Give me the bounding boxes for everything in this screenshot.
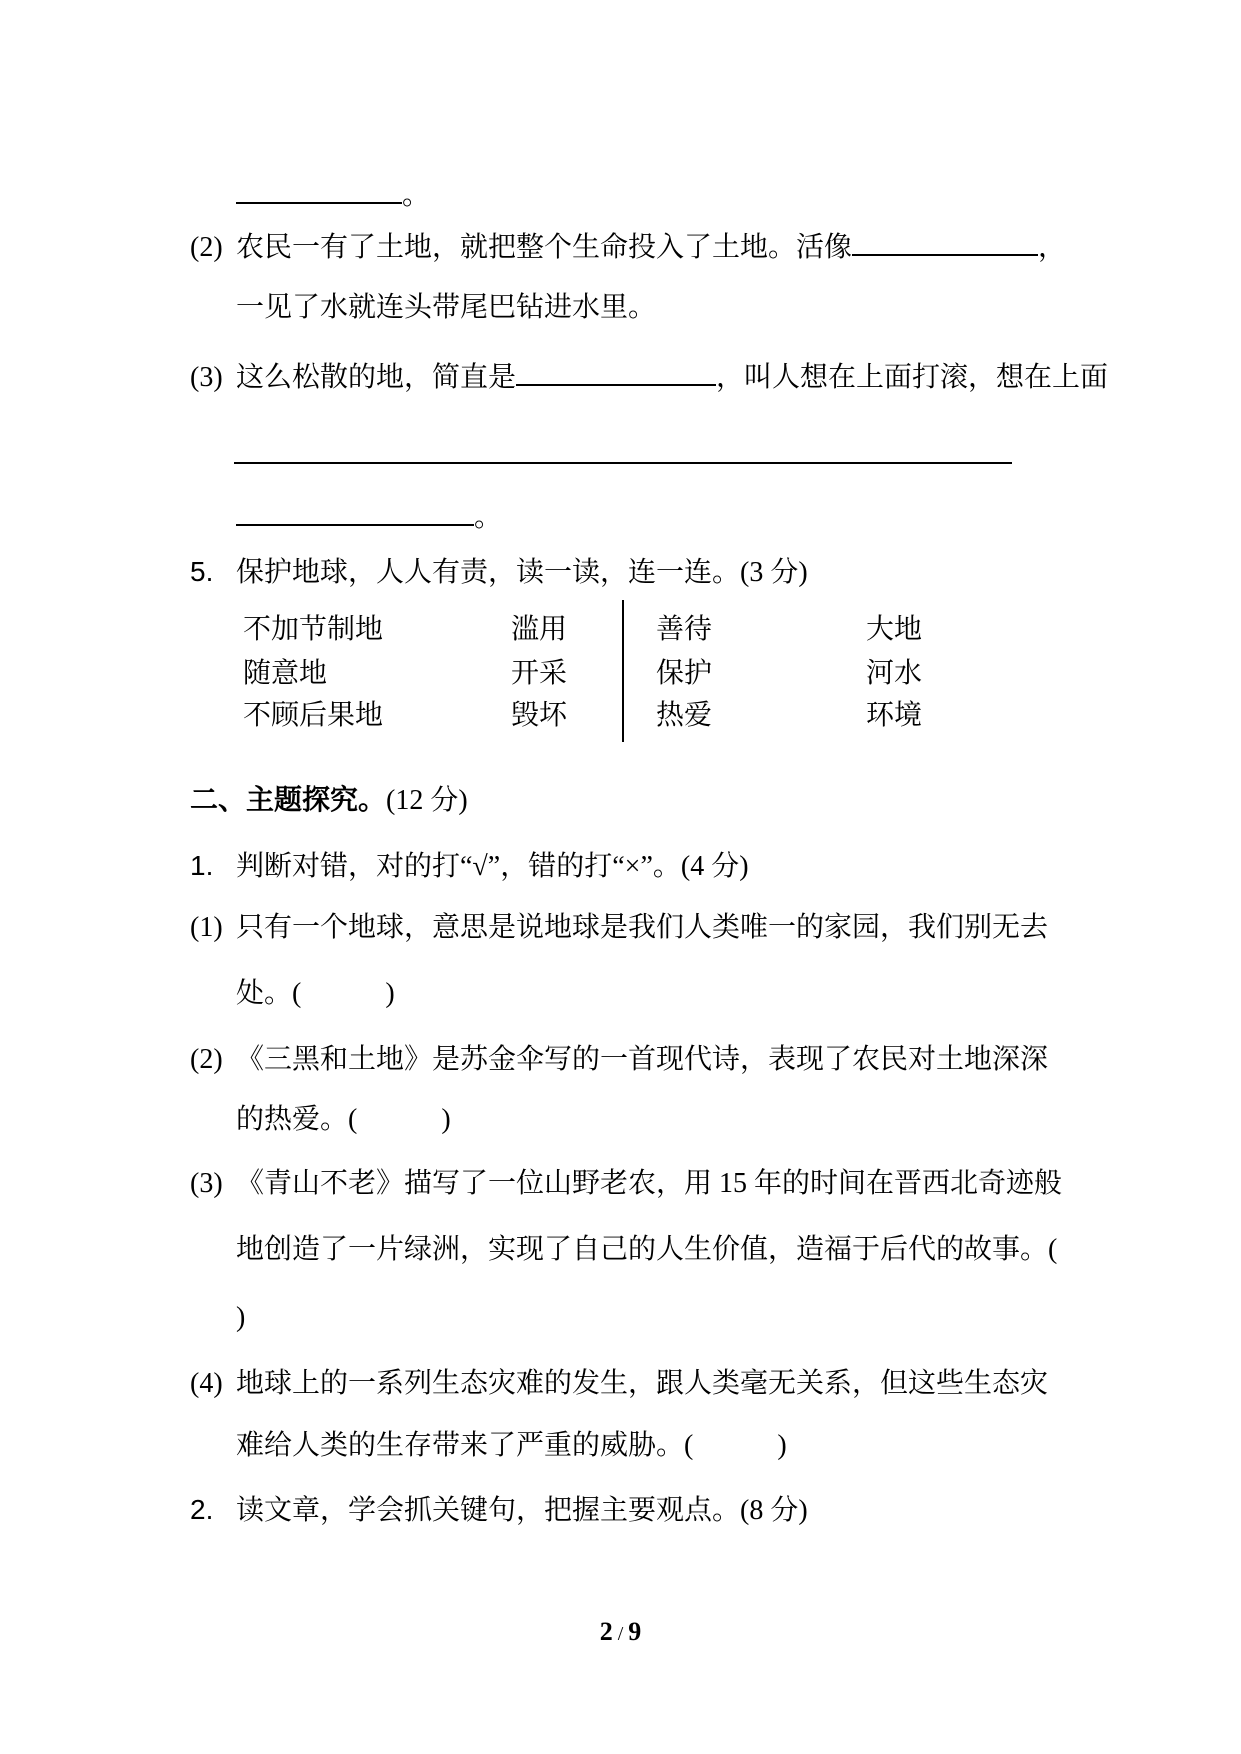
answer-blank (516, 352, 716, 386)
section-2-heading: 二、主题探究。(12 分) (190, 778, 468, 822)
match-adverb: 不加节制地 (243, 608, 383, 652)
match-verb: 保护 (656, 652, 712, 696)
current-page: 2 (600, 1617, 613, 1646)
judge-item-4-line-1: (4)地球上的一系列生态灾难的发生，跟人类毫无关系，但这些生态灾 (190, 1362, 1048, 1406)
footer-page-number: 2 / 9 (0, 1612, 1241, 1654)
question-5-score: (3 分) (740, 557, 808, 588)
fill-item-3-text: 这么松散的地，简直是 (236, 362, 516, 393)
question-1-text: 判断对错，对的打“√”，错的打“×”。 (236, 851, 681, 882)
judge-item-4-text: 地球上的一系列生态灾难的发生，跟人类毫无关系，但这些生态灾 (236, 1368, 1048, 1399)
match-verb: 毁坏 (511, 694, 567, 738)
item-marker: (2) (190, 1038, 236, 1082)
judge-item-3-line-1: (3)《青山不老》描写了一位山野老农，用 15 年的时间在晋西北奇迹般 (190, 1162, 1062, 1206)
judge-item-4-line-2: 难给人类的生存带来了严重的威胁。( ) (236, 1424, 787, 1468)
match-adverb: 不顾后果地 (243, 694, 383, 738)
answer-blank-line-lead: 。 (236, 170, 430, 214)
match-divider-line (622, 600, 624, 742)
item-marker: (3) (190, 356, 236, 400)
fill-item-3-line-1: (3)这么松散的地，简直是，叫人想在上面打滚，想在上面 (190, 352, 1108, 396)
question-2-score: (8 分) (740, 1495, 808, 1526)
judge-item-2-text: 《三黑和土地》是苏金伞写的一首现代诗，表现了农民对土地深深 (236, 1044, 1048, 1075)
match-row-2: 随意地 开采 保护 河水 (0, 652, 1241, 696)
question-number: 1. (190, 844, 236, 888)
match-verb: 开采 (511, 652, 567, 696)
question-1-heading: 1.判断对错，对的打“√”，错的打“×”。(4 分) (190, 844, 749, 888)
section-title: 主题探究。 (246, 784, 386, 815)
total-pages: 9 (628, 1617, 641, 1646)
match-noun: 河水 (866, 652, 922, 696)
fill-item-2-after: ， (1038, 232, 1066, 263)
match-noun: 环境 (866, 694, 922, 738)
judge-item-1-line-1: (1)只有一个地球，意思是说地球是我们人类唯一的家园，我们别无去 (190, 906, 1048, 950)
judge-item-1-line-2: 处。( ) (236, 972, 395, 1016)
fill-item-2-line-2: 一见了水就连头带尾巴钻进水里。 (236, 286, 656, 330)
item-marker: (4) (190, 1362, 236, 1406)
judge-item-2-line-1: (2)《三黑和土地》是苏金伞写的一首现代诗，表现了农民对土地深深 (190, 1038, 1048, 1082)
match-row-1: 不加节制地 滥用 善待 大地 (0, 608, 1241, 652)
question-1-score: (4 分) (681, 851, 749, 882)
judge-item-1-text: 只有一个地球，意思是说地球是我们人类唯一的家园，我们别无去 (236, 912, 1048, 943)
item-marker: (3) (190, 1162, 236, 1206)
test-paper-page: 。 (2)农民一有了土地，就把整个生命投入了土地。活像， 一见了水就连头带尾巴钻… (0, 0, 1241, 1754)
match-verb: 滥用 (511, 608, 567, 652)
answer-blank (236, 492, 474, 526)
item-marker: (1) (190, 906, 236, 950)
item-marker: (2) (190, 226, 236, 270)
judge-item-3-text: 《青山不老》描写了一位山野老农，用 15 年的时间在晋西北奇迹般 (236, 1168, 1062, 1199)
answer-blank-long-line (234, 420, 1012, 464)
question-number: 2. (190, 1488, 236, 1532)
judge-item-3-line-2: 地创造了一片绿洲，实现了自己的人生价值，造福于后代的故事。( (236, 1228, 1057, 1272)
question-5-title: 保护地球，人人有责，读一读，连一连。 (236, 557, 740, 588)
answer-blank (236, 170, 402, 204)
match-verb: 热爱 (656, 694, 712, 738)
match-row-3: 不顾后果地 毁坏 热爱 环境 (0, 694, 1241, 738)
question-2-heading: 2.读文章，学会抓关键句，把握主要观点。(8 分) (190, 1488, 808, 1532)
judge-item-3-line-3: ) (236, 1296, 245, 1340)
blank-suffix: 。 (474, 502, 502, 533)
question-number: 5. (190, 550, 236, 594)
page-separator: / (613, 1623, 629, 1645)
match-noun: 大地 (866, 608, 922, 652)
match-verb: 善待 (656, 608, 712, 652)
answer-blank-line-tail: 。 (236, 492, 502, 536)
fill-item-2-line-1: (2)农民一有了土地，就把整个生命投入了土地。活像， (190, 222, 1066, 266)
question-2-text: 读文章，学会抓关键句，把握主要观点。 (236, 1495, 740, 1526)
blank-suffix: 。 (402, 180, 430, 211)
section-score: (12 分) (386, 785, 468, 816)
judge-item-2-line-2: 的热爱。( ) (236, 1098, 451, 1142)
question-5-heading: 5.保护地球，人人有责，读一读，连一连。(3 分) (190, 550, 808, 594)
fill-item-2-text: 农民一有了土地，就把整个生命投入了土地。活像 (236, 232, 852, 263)
fill-item-3-after: ，叫人想在上面打滚，想在上面 (716, 362, 1108, 393)
match-adverb: 随意地 (243, 652, 327, 696)
section-marker: 二、 (190, 784, 246, 815)
answer-blank (852, 222, 1038, 256)
